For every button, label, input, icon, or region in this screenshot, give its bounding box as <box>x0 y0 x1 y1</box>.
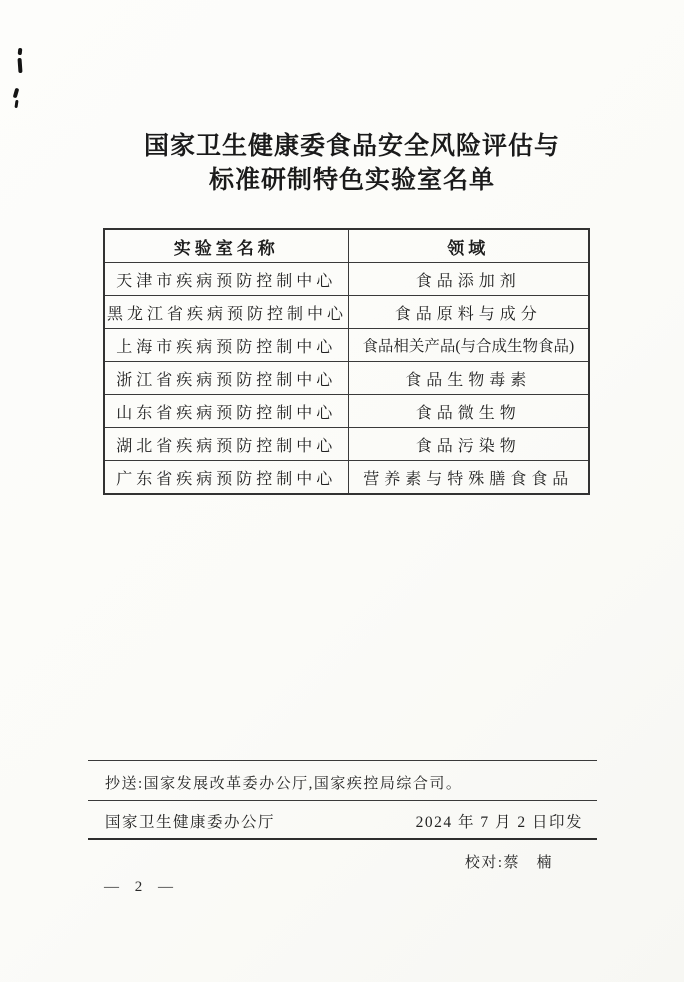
field-cell: 食品相关产品(与合成生物食品) <box>348 329 589 362</box>
field-cell: 食品生物毒素 <box>348 362 589 395</box>
lab-name-cell: 湖北省疾病预防控制中心 <box>104 428 348 461</box>
lab-name-cell: 上海市疾病预防控制中心 <box>104 329 348 362</box>
ink-mark <box>18 48 23 55</box>
table-header-row: 实验室名称 领域 <box>104 229 589 263</box>
table-row: 上海市疾病预防控制中心 食品相关产品(与合成生物食品) <box>104 329 589 362</box>
issuer-row: 国家卫生健康委办公厅 2024 年 7 月 2 日印发 <box>105 810 583 832</box>
laboratory-table: 实验室名称 领域 天津市疾病预防控制中心 食品添加剂 黑龙江省疾病预防控制中心 … <box>103 228 590 495</box>
table-row: 天津市疾病预防控制中心 食品添加剂 <box>104 263 589 296</box>
page-number: — 2 — <box>104 879 179 896</box>
lab-name-cell: 黑龙江省疾病预防控制中心 <box>104 296 348 329</box>
table-row: 山东省疾病预防控制中心 食品微生物 <box>104 395 589 428</box>
lab-name-cell: 天津市疾病预防控制中心 <box>104 263 348 296</box>
document-title-line2: 标准研制特色实验室名单 <box>20 164 684 198</box>
field-cell: 营养素与特殊膳食食品 <box>348 461 589 495</box>
field-cell: 食品添加剂 <box>348 263 589 296</box>
field-cell: 食品污染物 <box>348 428 589 461</box>
lab-name-cell: 山东省疾病预防控制中心 <box>104 395 348 428</box>
issuer-office: 国家卫生健康委办公厅 <box>105 810 275 832</box>
divider-line-bottom <box>88 838 597 840</box>
divider-line <box>88 760 597 761</box>
table-row: 湖北省疾病预防控制中心 食品污染物 <box>104 428 589 461</box>
cc-distribution-line: 抄送:国家发展改革委办公厅,国家疾控局综合司。 <box>105 772 462 793</box>
lab-name-cell: 广东省疾病预防控制中心 <box>104 461 348 495</box>
column-header-lab-name: 实验室名称 <box>104 229 348 263</box>
document-title: 国家卫生健康委食品安全风险评估与 标准研制特色实验室名单 <box>20 130 684 198</box>
ink-mark <box>14 100 18 108</box>
divider-line <box>88 800 597 801</box>
table-row: 浙江省疾病预防控制中心 食品生物毒素 <box>104 362 589 395</box>
proofreader-line: 校对:蔡 楠 <box>0 851 553 872</box>
table-row: 黑龙江省疾病预防控制中心 食品原料与成分 <box>104 296 589 329</box>
scanned-document-page: 国家卫生健康委食品安全风险评估与 标准研制特色实验室名单 实验室名称 领域 天津… <box>0 0 684 982</box>
field-cell: 食品原料与成分 <box>348 296 589 329</box>
column-header-field: 领域 <box>348 229 589 263</box>
table-row: 广东省疾病预防控制中心 营养素与特殊膳食食品 <box>104 461 589 495</box>
print-date: 2024 年 7 月 2 日印发 <box>416 810 583 832</box>
ink-mark <box>13 88 20 99</box>
ink-mark <box>17 58 22 73</box>
lab-name-cell: 浙江省疾病预防控制中心 <box>104 362 348 395</box>
field-cell: 食品微生物 <box>348 395 589 428</box>
document-title-line1: 国家卫生健康委食品安全风险评估与 <box>20 130 684 164</box>
